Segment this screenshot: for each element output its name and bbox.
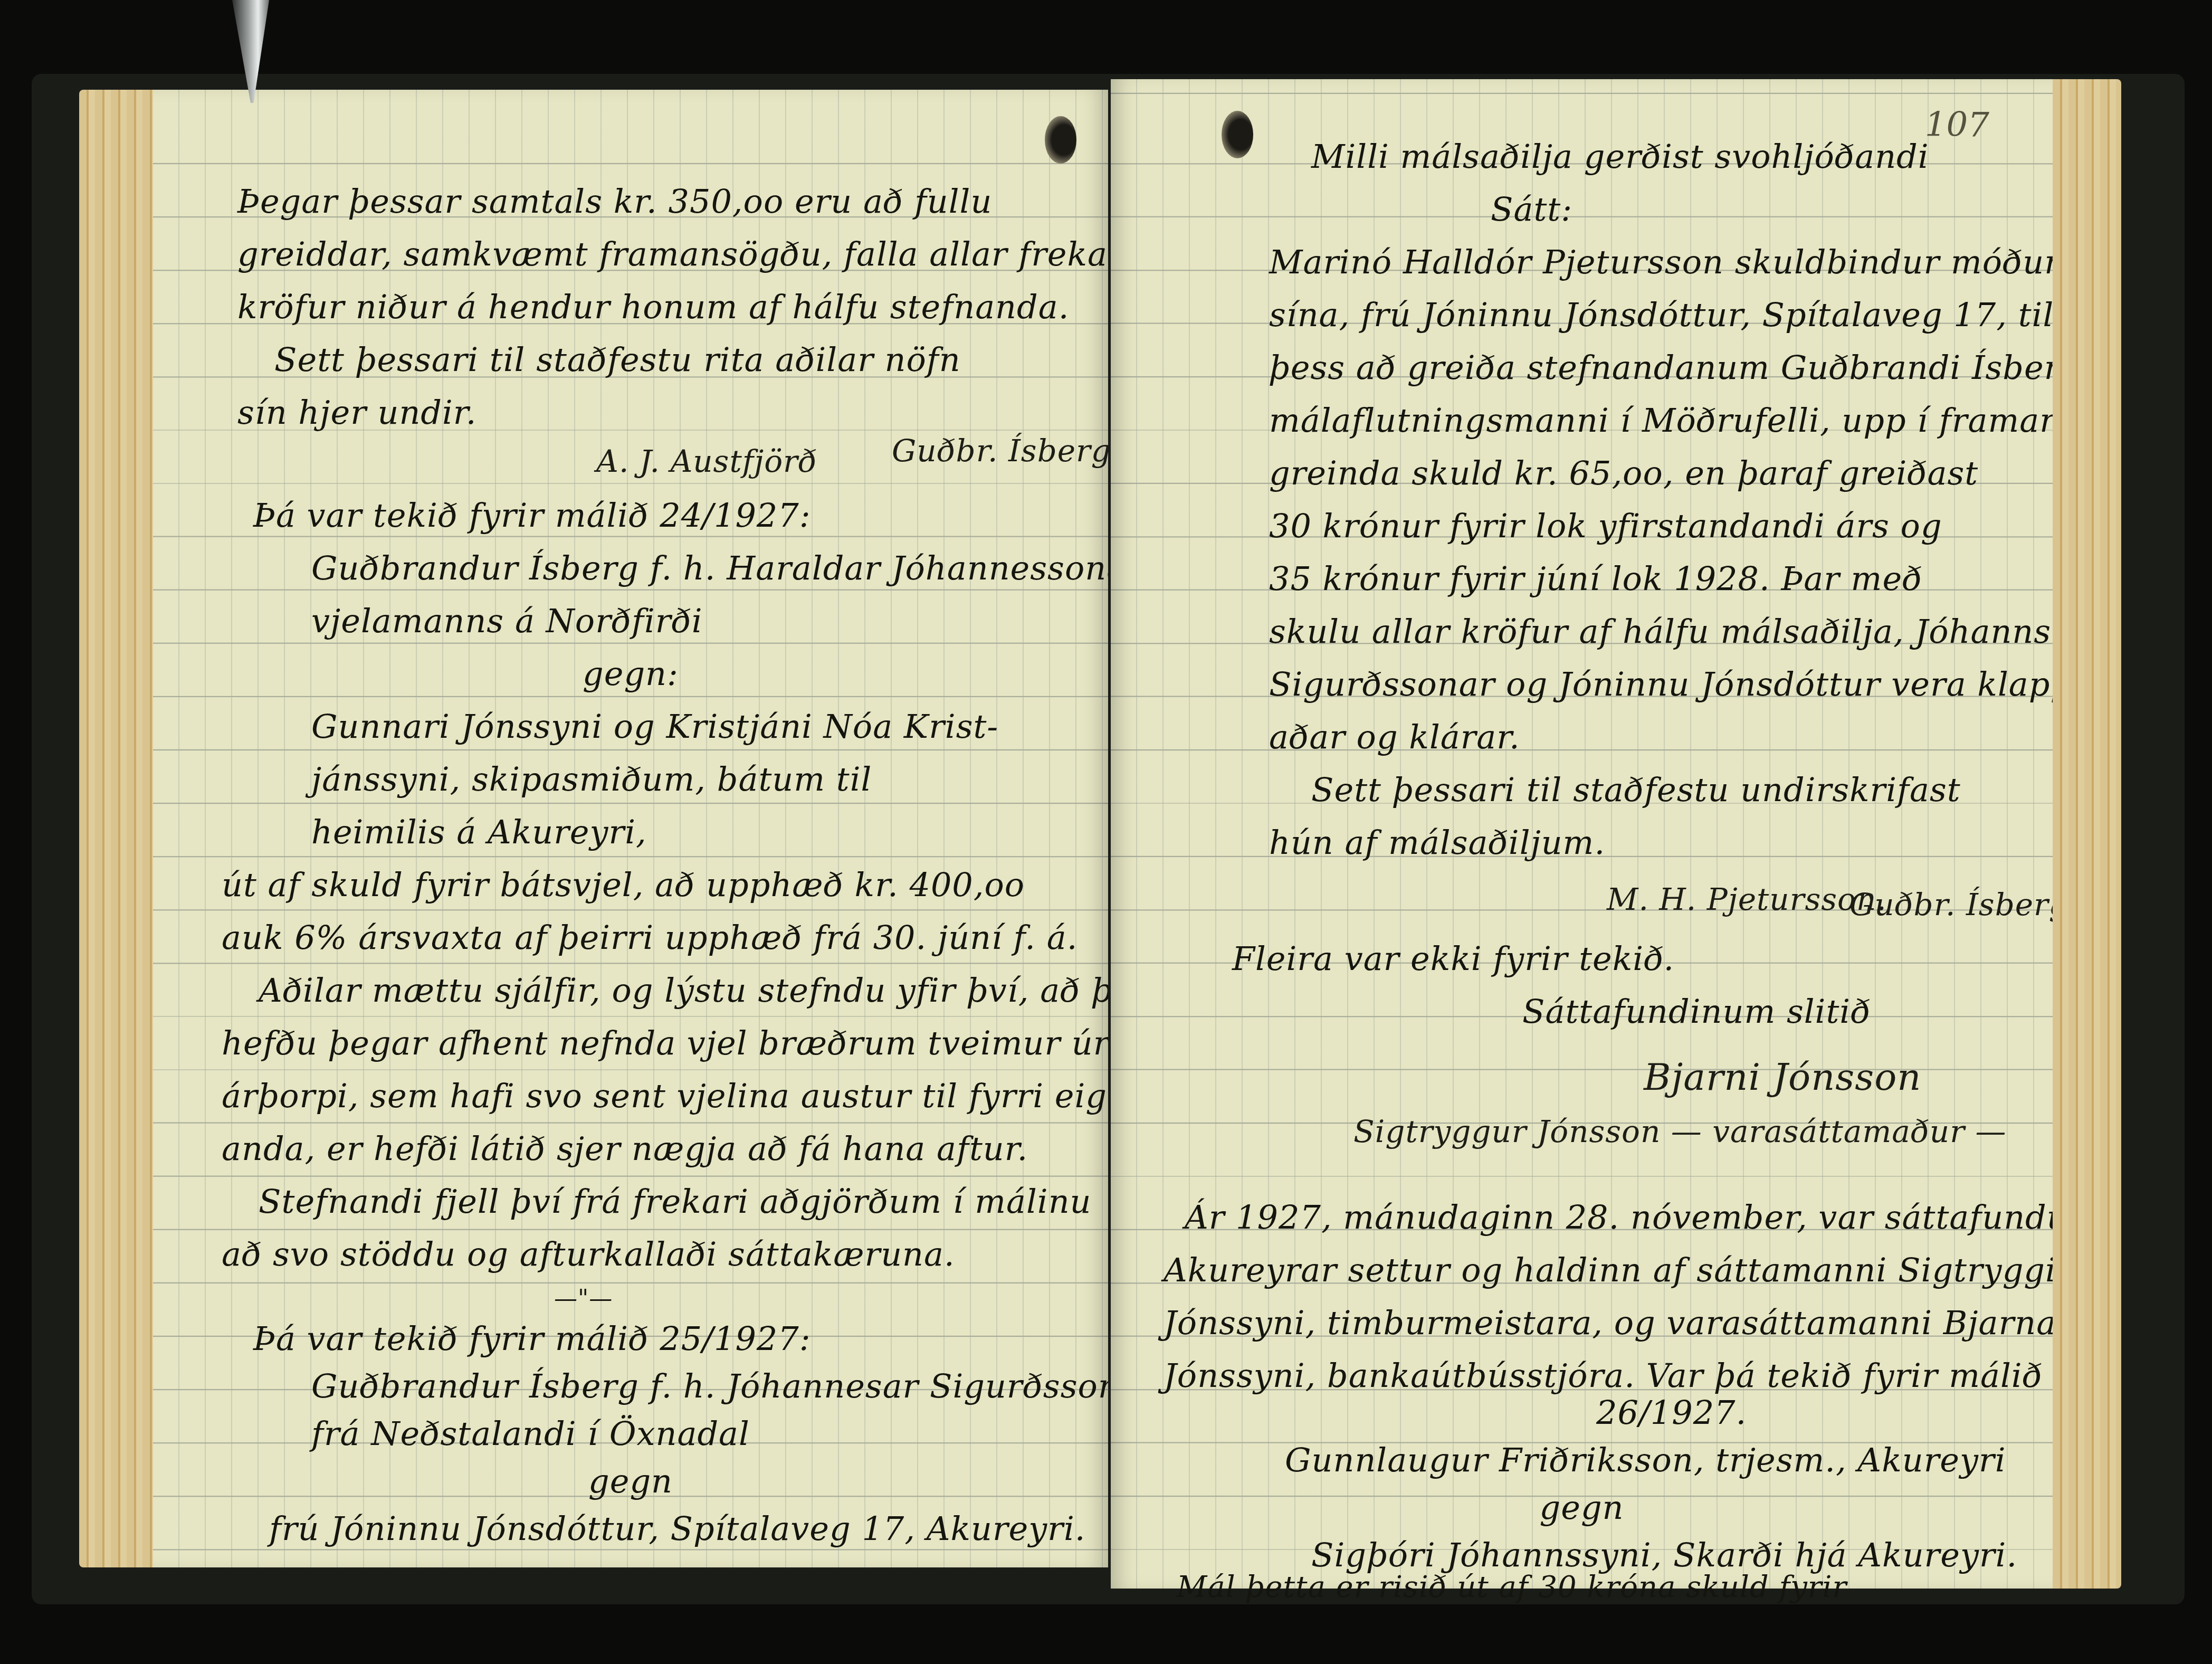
gegn-label: gegn:	[153, 654, 1108, 693]
signature: Guðbr. Ísberg.	[892, 433, 1108, 469]
text-line: Fleira var ekki fyrir tekið.	[1232, 939, 1674, 978]
text-line: sín hjer undir.	[237, 393, 476, 432]
separator-mark: —"—	[554, 1285, 613, 1312]
case-heading: Þá var tekið fyrir málið 25/1927:	[253, 1319, 811, 1358]
right-page-edges	[2053, 79, 2121, 1589]
defendant-line: heimilis á Akureyri,	[311, 813, 647, 851]
text-line: hefðu þegar afhent nefnda vjel bræðrum t…	[222, 1024, 1108, 1062]
plaintiff-line: frá Neðstalandi í Öxnadal	[311, 1414, 750, 1453]
text-line: Akureyrar settur og haldinn af sáttamann…	[1164, 1251, 2053, 1289]
plaintiff-line: vjelamanns á Norðfirði	[311, 602, 703, 640]
text-line: Stefnandi fjell því frá frekari aðgjörðu…	[259, 1182, 1092, 1221]
signature: Guðbr. Ísberg	[1849, 887, 2053, 923]
plaintiff-line: Guðbrandur Ísberg f. h. Jóhannesar Sigur…	[311, 1367, 1108, 1405]
text-line: Sett þessari til staðfestu rita aðilar n…	[274, 340, 961, 379]
text-line: greinda skuld kr. 65,oo, en þaraf greiða…	[1269, 454, 1978, 492]
defendant-line: frú Jóninnu Jónsdóttur, Spítalaveg 17, A…	[269, 1509, 1086, 1548]
text-line: auk 6% ársvaxta af þeirri upphæð frá 30.…	[222, 918, 1078, 957]
text-line: 35 krónur fyrir júní lok 1928. Þar með	[1269, 559, 1922, 598]
text-line: kröfur niður á hendur honum af hálfu ste…	[237, 288, 1069, 326]
text-line: Marinó Halldór Pjetursson skuldbindur mó…	[1269, 243, 2053, 281]
right-page: 107 Milli málsaðilja gerðist svohljóðand…	[1111, 79, 2053, 1589]
signature: M. H. Pjetursson.	[1607, 881, 1887, 917]
case-heading: Þá var tekið fyrir málið 24/1927:	[253, 496, 811, 535]
punch-hole	[1045, 116, 1076, 164]
text-line: hún af málsaðiljum.	[1269, 823, 1605, 862]
defendant-line: Sigþóri Jóhannssyni, Skarði hjá Akureyri…	[1311, 1536, 2017, 1574]
text-line: skulu allar kröfur af hálfu málsaðilja, …	[1269, 612, 2051, 651]
text-line: Sett þessari til staðfestu undirskrifast	[1311, 771, 1961, 809]
text-line: að svo stöddu og afturkallaði sáttakærun…	[222, 1235, 955, 1273]
text-line: greiddar, samkvæmt framansögðu, falla al…	[237, 235, 1108, 273]
text-line: aðar og klárar.	[1269, 718, 1520, 756]
text-line: Sáttafundinum slitið	[1522, 992, 1871, 1031]
text-line: sína, frú Jóninnu Jónsdóttur, Spítalaveg…	[1269, 296, 2053, 334]
gegn-label: gegn	[1111, 1488, 2053, 1527]
text-line: út af skuld fyrir bátsvjel, að upphæð kr…	[222, 866, 1025, 904]
defendant-line: jánssyni, skipasmiðum, bátum til	[311, 760, 872, 798]
left-page: Þegar þessar samtals kr. 350,oo eru að f…	[153, 90, 1108, 1567]
text-line: 30 krónur fyrir lok yfirstandandi árs og	[1269, 507, 1942, 545]
satt-heading: Sátt:	[1491, 190, 1572, 229]
signature: Sigtryggur Jónsson — varasáttamaður —	[1353, 1114, 2006, 1149]
text-line: Sigurðssonar og Jóninnu Jónsdóttur vera …	[1269, 665, 2053, 703]
page-number: 107	[1925, 106, 1989, 145]
gegn-label: gegn	[153, 1462, 1108, 1500]
text-line: þess að greiða stefnandanum Guðbrandi Ís…	[1269, 348, 2053, 387]
signature: Bjarni Jónsson	[1644, 1056, 1921, 1099]
defendant-line: Gunnari Jónssyni og Kristjáni Nóa Krist-	[311, 707, 998, 746]
text-line: Jónssyni, timburmeistara, og varasáttama…	[1164, 1304, 2053, 1342]
text-line: Þegar þessar samtals kr. 350,oo eru að f…	[237, 182, 992, 221]
signature: A. J. Austfjörð	[596, 443, 817, 479]
text-line: Mál þetta er risið út af 30 króna skuld …	[1177, 1570, 1847, 1604]
text-line: Milli málsaðilja gerðist svohljóðandi	[1311, 137, 1929, 176]
plaintiff-line: Gunnlaugur Friðriksson, trjesm., Akureyr…	[1285, 1441, 2006, 1479]
text-line: árþorpi, sem hafi svo sent vjelina austu…	[222, 1077, 1108, 1115]
case-number: 26/1927.	[1596, 1393, 1747, 1432]
punch-hole	[1222, 111, 1253, 158]
left-page-edges	[79, 90, 153, 1567]
text-line: Ár 1927, mánudaginn 28. nóvember, var sá…	[1185, 1198, 2053, 1237]
plaintiff-line: Guðbrandur Ísberg f. h. Haraldar Jóhanne…	[311, 549, 1108, 587]
text-line: anda, er hefði látið sjer nægja að fá ha…	[222, 1129, 1028, 1168]
text-line: málaflutningsmanni í Möðrufelli, upp í f…	[1269, 401, 2053, 440]
text-line: Jónssyni, bankaútbússtjóra. Var þá tekið…	[1164, 1356, 2043, 1395]
text-line: Aðilar mættu sjálfir, og lýstu stefndu y…	[259, 971, 1108, 1010]
